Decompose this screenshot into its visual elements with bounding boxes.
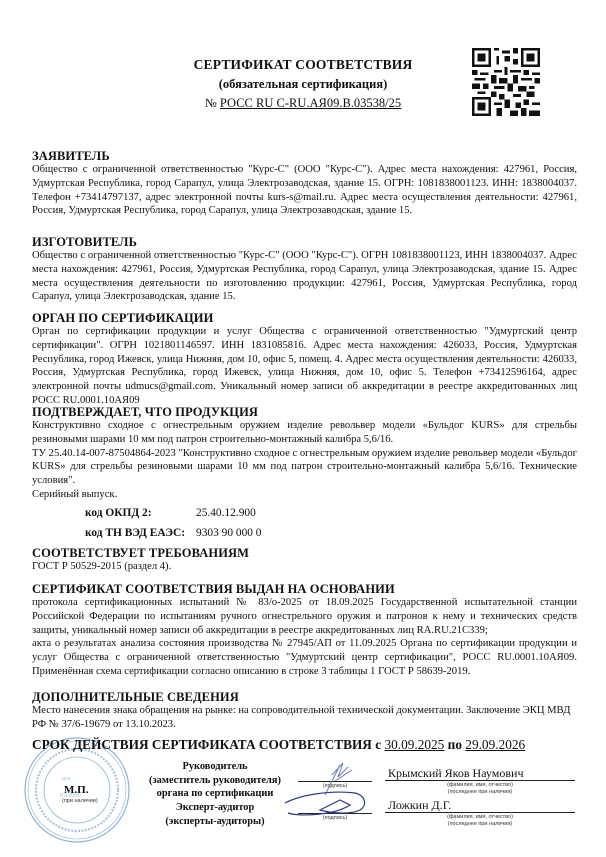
head-name-line: [385, 780, 575, 781]
expert-name: Ложкин Д.Г.: [388, 798, 451, 813]
product-release-type: Серийный выпуск.: [32, 488, 577, 502]
name-caption-line-2: (последнее при наличии): [430, 821, 530, 828]
okpd-code-label: код ОКПД 2:: [85, 507, 196, 519]
product-specification: ТУ 25.40.14-007-87504864-2023 "Конструкт…: [32, 447, 577, 488]
stamp-place-note: (при наличии): [62, 798, 98, 804]
additional-heading: ДОПОЛНИТЕЛЬНЫЕ СВЕДЕНИЯ: [32, 690, 577, 704]
requirements-heading: СООТВЕТСТВУЕТ ТРЕБОВАНИЯМ: [32, 546, 577, 560]
manufacturer-text: Общество с ограниченной ответственностью…: [32, 249, 577, 304]
head-role-label: Руководитель (заместитель руководителя) …: [140, 760, 290, 801]
basis-production-act: акта о результатах анализа состояния про…: [32, 637, 577, 678]
certificate-number-value: РОСС RU C-RU.АЯ09.В.03538/25: [220, 96, 401, 110]
validity-to-word: по: [448, 737, 462, 752]
expert-name-caption: (фамилия, имя, отчество) (последнее при …: [430, 814, 530, 827]
head-role-line-3: органа по сертификации: [140, 787, 290, 801]
additional-text: Место нанесения знака обращения на рынке…: [32, 704, 577, 732]
stamp-place-label: М.П.: [64, 784, 88, 796]
certification-body-heading: ОРГАН ПО СЕРТИФИКАЦИИ: [32, 311, 577, 325]
qr-code-icon: [472, 47, 540, 117]
product-section: ПОДТВЕРЖДАЕТ, ЧТО ПРОДУКЦИЯ Конструктивн…: [32, 405, 577, 502]
manufacturer-section: ИЗГОТОВИТЕЛЬ Общество с ограниченной отв…: [32, 235, 577, 304]
validity-from-word: с: [375, 737, 381, 752]
svg-text:*: *: [74, 831, 76, 837]
okpd-code-row: код ОКПД 2: 25.40.12.900: [85, 503, 262, 523]
basis-section: СЕРТИФИКАТ СООТВЕТСТВИЯ ВЫДАН НА ОСНОВАН…: [32, 582, 577, 679]
expert-role-line-2: (эксперты-аудиторы): [140, 815, 290, 829]
head-role-line-2: (заместитель руководителя): [140, 774, 290, 788]
svg-text:для: для: [62, 776, 71, 782]
name-caption-line-2: (последнее при наличии): [430, 789, 530, 796]
product-codes: код ОКПД 2: 25.40.12.900 код ТН ВЭД ЕАЭС…: [85, 503, 262, 543]
applicant-text: Общество с ограниченной ответственностью…: [32, 163, 577, 218]
requirements-section: СООТВЕТСТВУЕТ ТРЕБОВАНИЯМ ГОСТ Р 50529-2…: [32, 546, 577, 574]
tnved-code-value: 9303 90 000 0: [196, 527, 262, 539]
requirements-text: ГОСТ Р 50529-2015 (раздел 4).: [32, 560, 577, 574]
head-role-line-1: Руководитель: [140, 760, 290, 774]
validity-to-date: 29.09.2026: [465, 737, 525, 752]
tnved-code-label: код ТН ВЭД ЕАЭС:: [85, 527, 196, 539]
okpd-code-value: 25.40.12.900: [196, 507, 256, 519]
certification-body-text: Орган по сертификации продукции и услуг …: [32, 325, 577, 408]
certification-body-section: ОРГАН ПО СЕРТИФИКАЦИИ Орган по сертифика…: [32, 311, 577, 408]
product-description: Конструктивно сходное с огнестрельным ор…: [32, 419, 577, 447]
applicant-section: ЗАЯВИТЕЛЬ Общество с ограниченной ответс…: [32, 149, 577, 218]
number-prefix: №: [205, 96, 217, 110]
basis-heading: СЕРТИФИКАТ СООТВЕТСТВИЯ ВЫДАН НА ОСНОВАН…: [32, 582, 577, 596]
applicant-heading: ЗАЯВИТЕЛЬ: [32, 149, 577, 163]
additional-section: ДОПОЛНИТЕЛЬНЫЕ СВЕДЕНИЯ Место нанесения …: [32, 690, 577, 732]
expert-role-label: Эксперт-аудитор (эксперты-аудиторы): [140, 801, 290, 828]
tnved-code-row: код ТН ВЭД ЕАЭС: 9303 90 000 0: [85, 523, 262, 543]
expert-role-line-1: Эксперт-аудитор: [140, 801, 290, 815]
validity-from-date: 30.09.2025: [384, 737, 444, 752]
validity-period: СРОК ДЕЙСТВИЯ СЕРТИФИКАТА СООТВЕТСТВИЯ с…: [32, 737, 525, 753]
basis-test-protocol: протокола сертификационных испытаний № 8…: [32, 596, 577, 637]
head-name-caption: (фамилия, имя, отчество) (последнее при …: [430, 782, 530, 795]
signature-scribbles-icon: [280, 755, 390, 825]
product-heading: ПОДТВЕРЖДАЕТ, ЧТО ПРОДУКЦИЯ: [32, 405, 577, 419]
validity-label: СРОК ДЕЙСТВИЯ СЕРТИФИКАТА СООТВЕТСТВИЯ: [32, 737, 372, 752]
manufacturer-heading: ИЗГОТОВИТЕЛЬ: [32, 235, 577, 249]
expert-name-line: [385, 812, 575, 813]
head-name: Крымский Яков Наумович: [388, 766, 524, 781]
